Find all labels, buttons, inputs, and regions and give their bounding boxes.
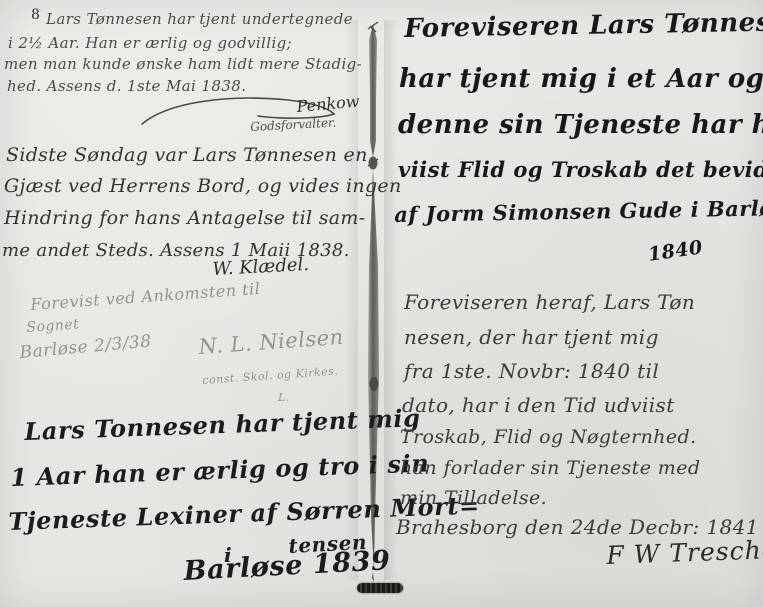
left-entry2-line1: Sidste Søndag var Lars Tønnesen en — [6, 146, 368, 165]
scanned-document-spread: 8 Lars Tønnesen har tjent undertegnede i… — [0, 0, 763, 607]
right-entry2-line3: fra 1ste. Novbr: 1840 til — [404, 361, 659, 381]
left-entry3-signature: N. L. Nielsen — [198, 327, 344, 358]
left-entry1-line2: i 2½ Aar. Han er ærlig og godvillig; — [8, 36, 292, 51]
left-entry3-line1: Forevist ved Ankomsten til — [30, 281, 261, 313]
left-entry3-line2: Sognet — [26, 317, 80, 335]
left-entry1-line3: men man kunde ønske ham lidt mere Stadig… — [4, 57, 362, 72]
right-entry1-line4: viist Flid og Troskab det bevidnes — [398, 159, 763, 180]
left-entry2-line2: Gjæst ved Herrens Bord, og vides ingen — [4, 177, 402, 196]
ink-blot — [357, 583, 403, 593]
page-number: 8 — [31, 8, 40, 22]
right-entry2-line8: Brahesborg den 24de Decbr: 1841 — [396, 517, 759, 537]
left-entry2-signature: W. Klædel. — [212, 256, 309, 279]
right-entry2-line2: nesen, der har tjent mig — [404, 327, 659, 347]
right-entry1-year: 1840 — [647, 238, 704, 264]
left-entry2-line3: Hindring for hans Antagelse til sam- — [4, 209, 365, 228]
right-entry1-line5: af Jorm Simonsen Gude i Barløse — [394, 197, 763, 225]
right-entry2-signature: F W Treschow — [606, 536, 763, 568]
right-entry1-line1: Foreviseren Lars Tønnesen — [404, 9, 763, 42]
right-entry2-line1: Foreviseren heraf, Lars Tøn — [404, 292, 695, 312]
right-entry2-line6: han forlader sin Tjeneste med — [400, 459, 700, 478]
right-entry2-line5: Troskab, Flid og Nøgternhed. — [400, 428, 697, 447]
left-entry3-signature-title: const. Skol. og Kirkes. — [202, 365, 339, 385]
right-entry2-line4: dato, har i den Tid udviist — [402, 395, 675, 415]
right-entry1-line3: denne sin Tjeneste har han — [398, 112, 763, 138]
left-entry3-initial: L. — [278, 392, 290, 403]
left-entry3-line3: Barløse 2/3/38 — [19, 333, 152, 361]
right-entry2-line7: min Tilladelse. — [400, 489, 547, 508]
left-entry1-line1: Lars Tønnesen har tjent undertegnede — [46, 12, 353, 27]
right-entry1-line2: har tjent mig i et Aar og i — [399, 66, 763, 92]
